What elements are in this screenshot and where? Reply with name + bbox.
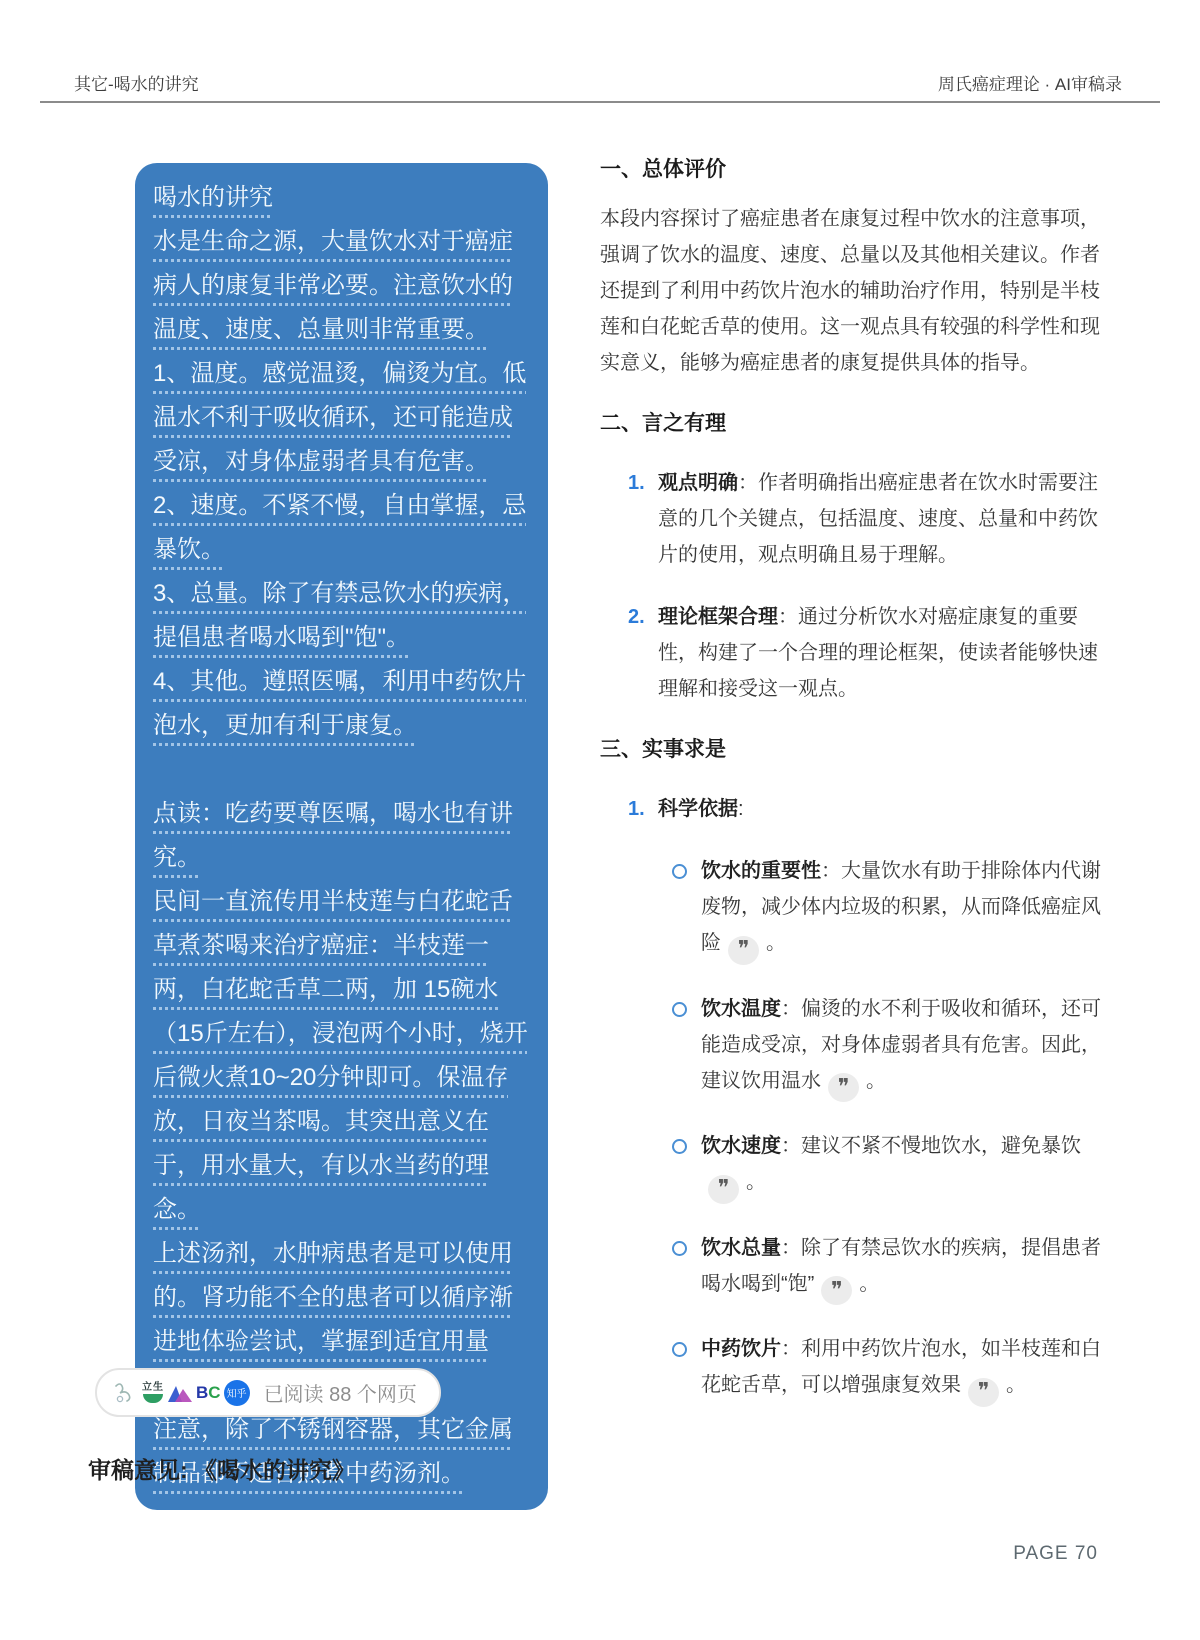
- bullet-ring-icon: [672, 1139, 687, 1154]
- section-paragraph-overall: 本段内容探讨了癌症患者在康复过程中饮水的注意事项，强调了饮水的温度、速度、总量以…: [600, 201, 1102, 381]
- item-body: 理论框架合理：通过分析饮水对癌症康复的重要性，构建了一个合理的理论框架，使读者能…: [658, 599, 1102, 707]
- bullet-label: 饮水温度: [701, 998, 781, 1020]
- section-heading-factual: 三、实事求是: [600, 735, 1102, 765]
- bullet-ring-icon: [672, 864, 687, 879]
- section-heading-overall: 一、总体评价: [600, 155, 1102, 185]
- item-number: 1.: [628, 465, 658, 573]
- item-label: 观点明确: [658, 472, 738, 494]
- bullet-text: ：建议不紧不慢地饮水，避免暴饮: [781, 1135, 1081, 1157]
- card-paragraph: 民间一直流传用半枝莲与白花蛇舌草煮茶喝来治疗癌症：半枝莲一两，白花蛇舌草二两，加…: [153, 880, 530, 1232]
- mountain-favicon-icon: [167, 1381, 193, 1405]
- card-paragraph: 2、速度。不紧不慢，自由掌握，忌暴饮。: [153, 484, 530, 572]
- sources-read-label: 已阅读 88 个网页: [264, 1378, 417, 1407]
- bullet-body: 饮水速度：建议不紧不慢地饮水，避免暴饮❞。: [701, 1128, 1102, 1204]
- page-number: PAGE 70: [1013, 1543, 1098, 1565]
- item-label: 理论框架合理: [658, 606, 778, 628]
- bullet-tail: 。: [859, 1273, 879, 1295]
- header-left-title: 其它-喝水的讲究: [74, 70, 199, 95]
- item-text: :: [738, 798, 744, 820]
- bullet-item: 中药饮片：利用中药饮片泡水，如半枝莲和白花蛇舌草，可以增强康复效果❞。: [600, 1331, 1102, 1407]
- bullet-ring-icon: [672, 1342, 687, 1357]
- bullet-item: 饮水温度：偏烫的水不利于吸收和循环，还可能造成受凉，对身体虚弱者具有危害。因此，…: [600, 991, 1102, 1103]
- bullet-item: 饮水的重要性：大量饮水有助于排除体内代谢废物，减少体内垃圾的积累，从而降低癌症风…: [600, 853, 1102, 965]
- bullet-label: 中药饮片: [701, 1338, 781, 1360]
- bullet-tail: 。: [746, 1171, 766, 1193]
- item-label: 科学依据: [658, 798, 738, 820]
- item-number: 1.: [628, 791, 658, 827]
- bullet-tail: 。: [1006, 1374, 1026, 1396]
- source-text-card: 喝水的讲究 水是生命之源，大量饮水对于癌症病人的康复非常必要。注意饮水的温度、速…: [135, 163, 548, 1510]
- bullet-label: 饮水速度: [701, 1135, 781, 1157]
- sources-read-badge[interactable]: 立生 BC 知乎 已阅读 88 个网页: [95, 1368, 441, 1417]
- lisheng-favicon-icon: 立生: [142, 1383, 164, 1403]
- bullet-body: 中药饮片：利用中药饮片泡水，如半枝莲和白花蛇舌草，可以增强康复效果❞。: [701, 1331, 1102, 1407]
- quote-icon[interactable]: ❞: [821, 1276, 852, 1305]
- card-paragraph: 水是生命之源，大量饮水对于癌症病人的康复非常必要。注意饮水的温度、速度、总量则非…: [153, 220, 530, 352]
- quote-icon[interactable]: ❞: [968, 1378, 999, 1407]
- sketch-favicon-icon: [113, 1380, 139, 1406]
- card-paragraph: 点读：吃药要尊医嘱，喝水也有讲究。: [153, 792, 530, 880]
- card-blank-line: [153, 748, 530, 792]
- quote-icon[interactable]: ❞: [728, 936, 759, 965]
- item-body: 科学依据:: [658, 791, 1102, 827]
- card-paragraph: 4、其他。遵照医嘱，利用中药饮片泡水，更加有利于康复。: [153, 660, 530, 748]
- bullet-body: 饮水温度：偏烫的水不利于吸收和循环，还可能造成受凉，对身体虚弱者具有危害。因此，…: [701, 991, 1102, 1103]
- page-header: 其它-喝水的讲究 周氏癌症理论 · AI审稿录: [74, 70, 1122, 95]
- bc-favicon-icon: BC: [196, 1383, 221, 1403]
- zhihu-favicon-icon: 知乎: [224, 1380, 250, 1406]
- card-paragraph: 1、温度。感觉温烫，偏烫为宜。低温水不利于吸收循环，还可能造成受凉，对身体虚弱者…: [153, 352, 530, 484]
- bullet-body: 饮水总量：除了有禁忌饮水的疾病，提倡患者喝水喝到“饱”❞。: [701, 1230, 1102, 1306]
- header-divider: [40, 101, 1160, 103]
- quote-icon[interactable]: ❞: [708, 1175, 739, 1204]
- bullet-tail: 。: [766, 932, 786, 954]
- numbered-item: 2. 理论框架合理：通过分析饮水对癌症康复的重要性，构建了一个合理的理论框架，使…: [600, 599, 1102, 707]
- item-body: 观点明确：作者明确指出癌症患者在饮水时需要注意的几个关键点，包括温度、速度、总量…: [658, 465, 1102, 573]
- numbered-item: 1. 观点明确：作者明确指出癌症患者在饮水时需要注意的几个关键点，包括温度、速度…: [600, 465, 1102, 573]
- card-paragraph: 3、总量。除了有禁忌饮水的疾病，提倡患者喝水喝到"饱"。: [153, 572, 530, 660]
- numbered-item: 1. 科学依据:: [600, 791, 1102, 827]
- item-number: 2.: [628, 599, 658, 707]
- card-paragraph: 喝水的讲究: [153, 176, 530, 220]
- section-heading-reasonable: 二、言之有理: [600, 409, 1102, 439]
- bullet-item: 饮水总量：除了有禁忌饮水的疾病，提倡患者喝水喝到“饱”❞。: [600, 1230, 1102, 1306]
- header-right-title: 周氏癌症理论 · AI审稿录: [938, 70, 1122, 95]
- bullet-ring-icon: [672, 1241, 687, 1256]
- bullet-label: 饮水的重要性: [701, 860, 821, 882]
- review-column: 一、总体评价 本段内容探讨了癌症患者在康复过程中饮水的注意事项，强调了饮水的温度…: [600, 155, 1102, 1407]
- bullet-body: 饮水的重要性：大量饮水有助于排除体内代谢废物，减少体内垃圾的积累，从而降低癌症风…: [701, 853, 1102, 965]
- review-note-title: 审稿意见: 《喝水的讲究》: [88, 1452, 355, 1485]
- bullet-ring-icon: [672, 1002, 687, 1017]
- bullet-label: 饮水总量: [701, 1237, 781, 1259]
- bullet-item: 饮水速度：建议不紧不慢地饮水，避免暴饮❞。: [600, 1128, 1102, 1204]
- quote-icon[interactable]: ❞: [828, 1073, 859, 1102]
- bullet-tail: 。: [866, 1070, 886, 1092]
- favicon-row: 立生 BC 知乎: [113, 1380, 250, 1406]
